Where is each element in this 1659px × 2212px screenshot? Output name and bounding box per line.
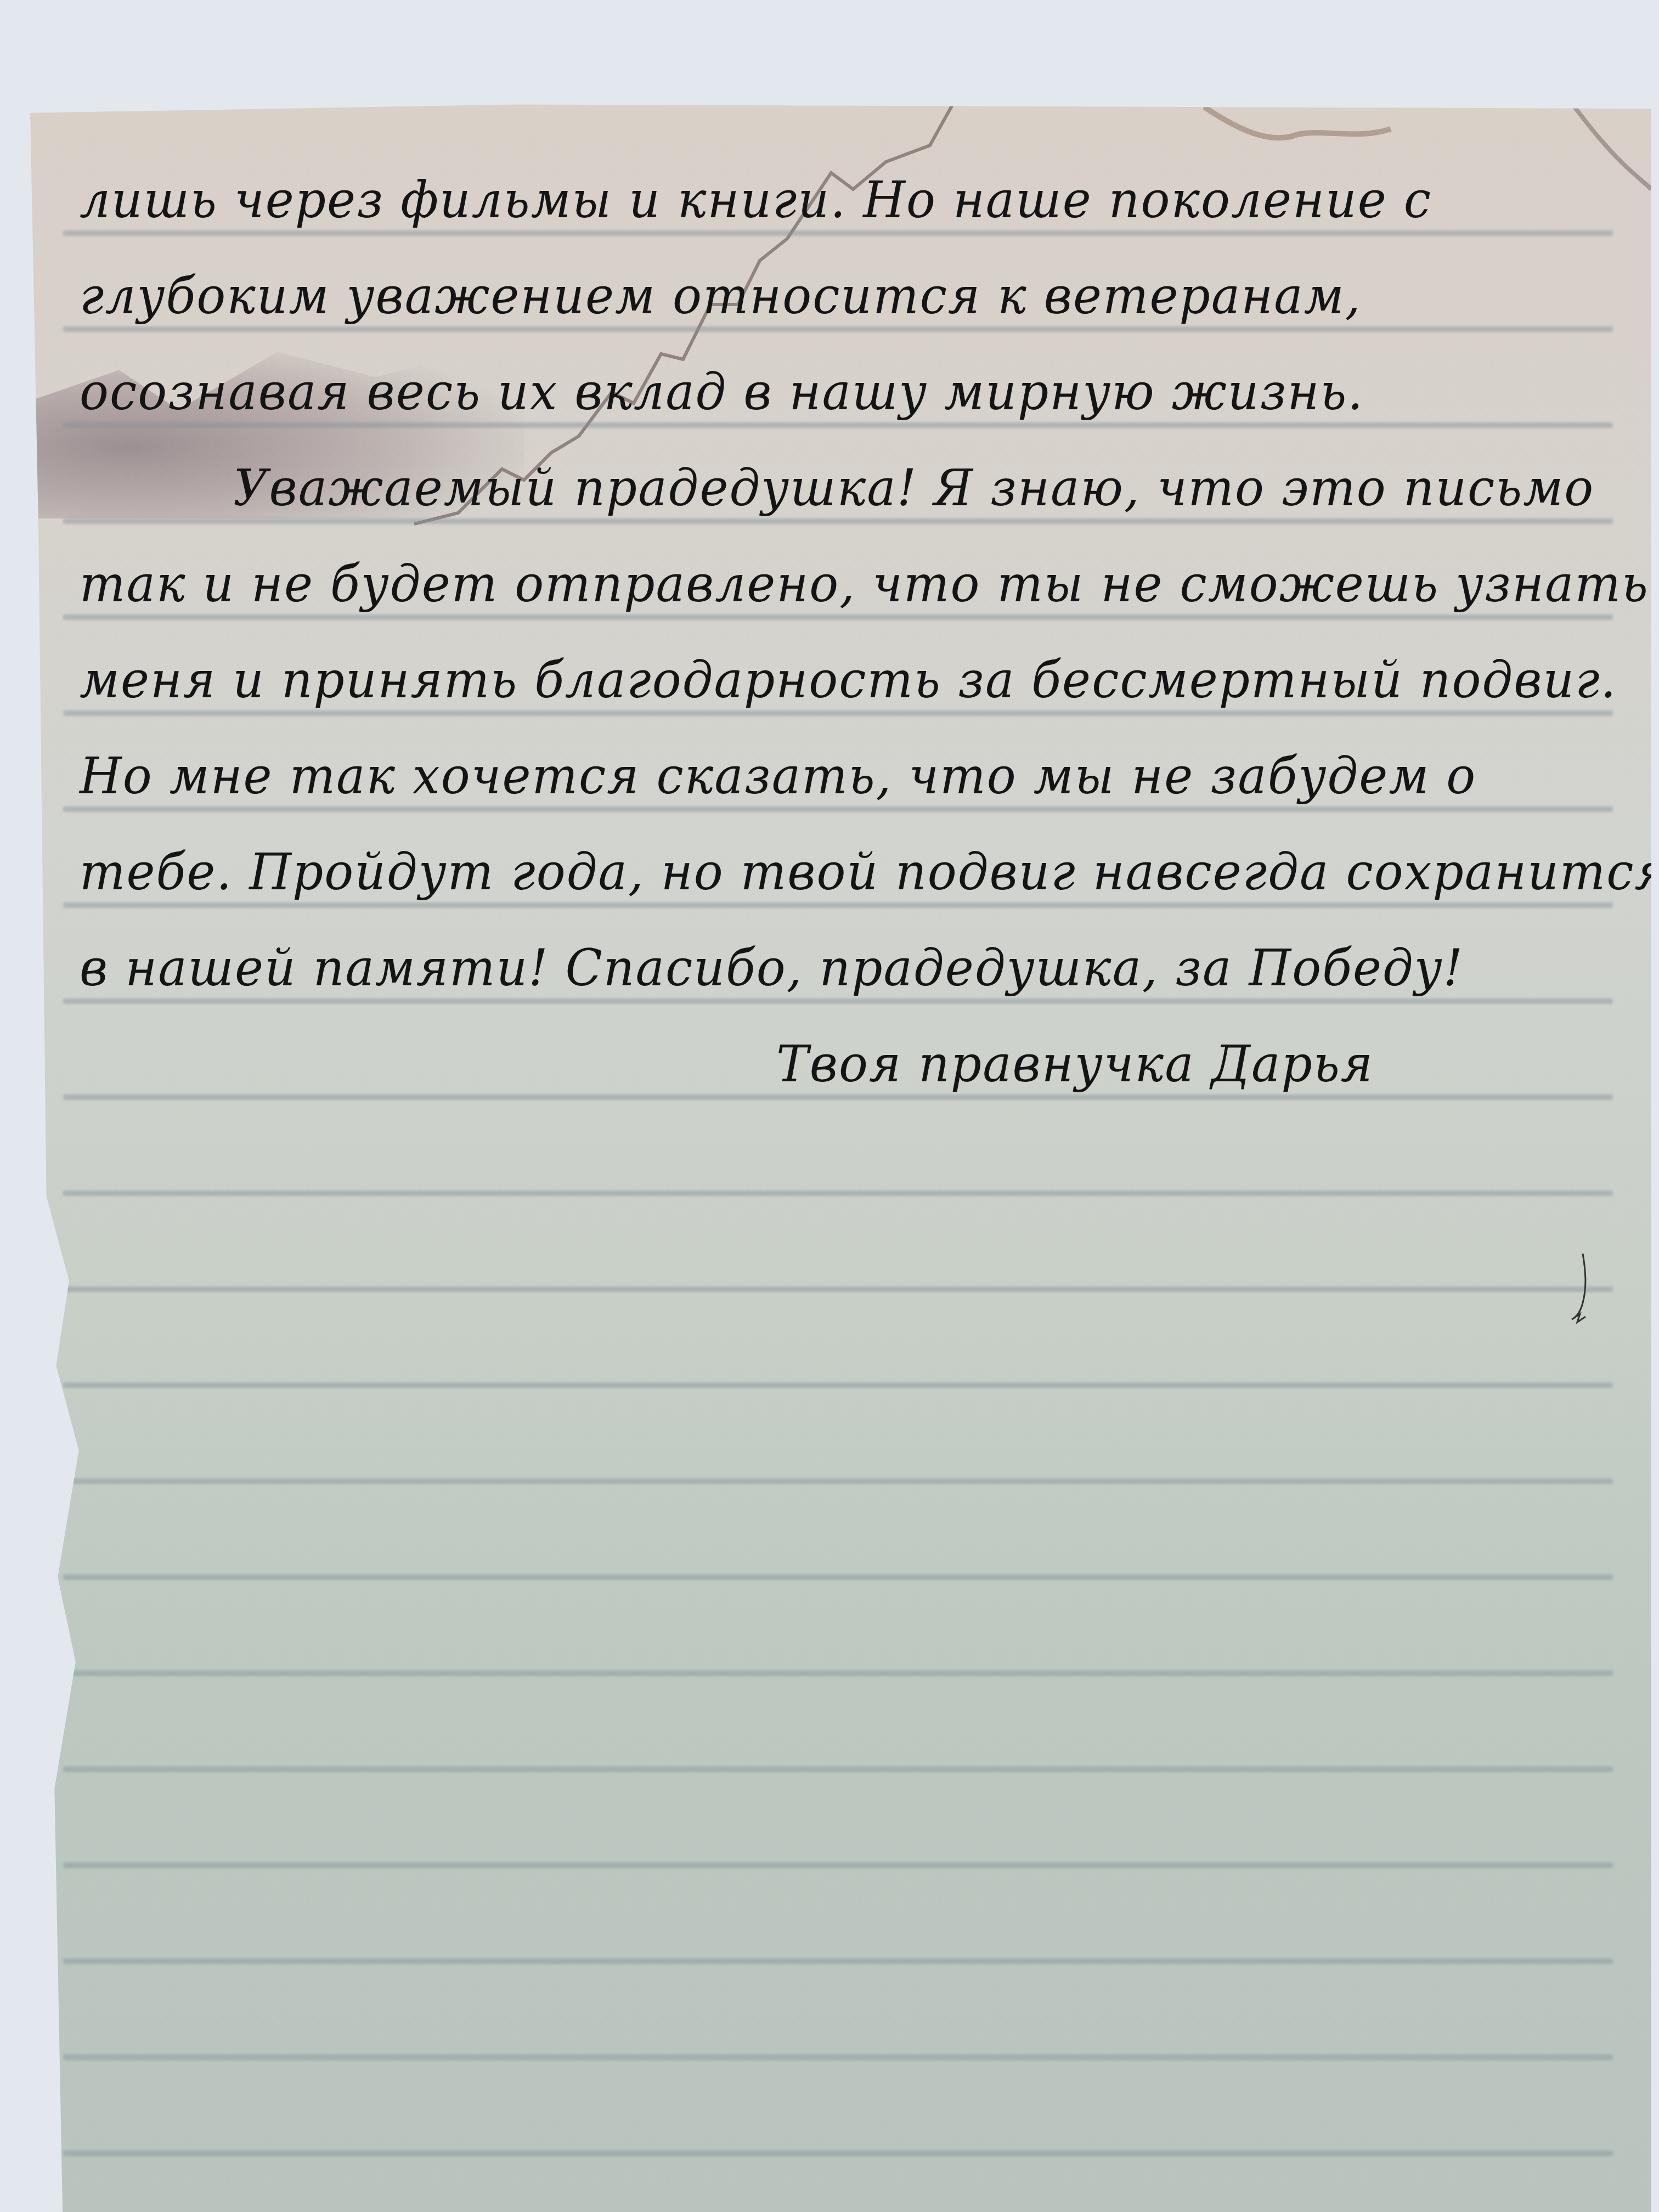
ruled-line (63, 614, 1613, 620)
ruled-line (63, 1671, 1613, 1676)
ruled-line (63, 1190, 1613, 1196)
letter-line: в нашей памяти! Спасибо, прадедушка, за … (80, 938, 1464, 997)
ruled-line (63, 1575, 1613, 1580)
ruled-line (63, 422, 1613, 428)
ruled-line (63, 1094, 1613, 1100)
ruled-line (63, 2151, 1613, 2156)
ruled-line (63, 1286, 1613, 1292)
ruled-line (63, 230, 1613, 236)
letter-line: Но мне так хочется сказать, что мы не за… (80, 746, 1476, 805)
ruled-line (63, 518, 1613, 524)
letter-line: глубоким уважением относится к ветеранам… (80, 266, 1362, 325)
letter-sheet: лишь через фильмы и книги. Но наше покол… (30, 96, 1651, 2212)
ruled-line (63, 1767, 1613, 1772)
ruled-line (63, 1479, 1613, 1484)
ruled-line (63, 1383, 1613, 1388)
letter-line: осознавая весь их вклад в нашу мирную жи… (80, 362, 1364, 421)
letter-line: Уважаемый прадедушка! Я знаю, что это пи… (233, 458, 1594, 517)
ruled-line (63, 326, 1613, 332)
ruled-line (63, 902, 1613, 908)
ruled-line (63, 2055, 1613, 2060)
ruled-line (63, 998, 1613, 1004)
letter-line: тебе. Пройдут года, но твой подвиг навсе… (80, 842, 1659, 901)
pen-mark-decoration (1561, 1254, 1594, 1330)
letter-line: лишь через фильмы и книги. Но наше покол… (80, 170, 1432, 229)
letter-line: меня и принять благодарность за бессмерт… (80, 650, 1617, 709)
ruled-line (63, 806, 1613, 812)
ruled-line (63, 710, 1613, 716)
letter-line: так и не будет отправлено, что ты не смо… (80, 554, 1649, 613)
signature: Твоя правнучка Дарья (776, 1034, 1374, 1093)
ruled-line (63, 1863, 1613, 1868)
ruled-line (63, 1959, 1613, 1964)
